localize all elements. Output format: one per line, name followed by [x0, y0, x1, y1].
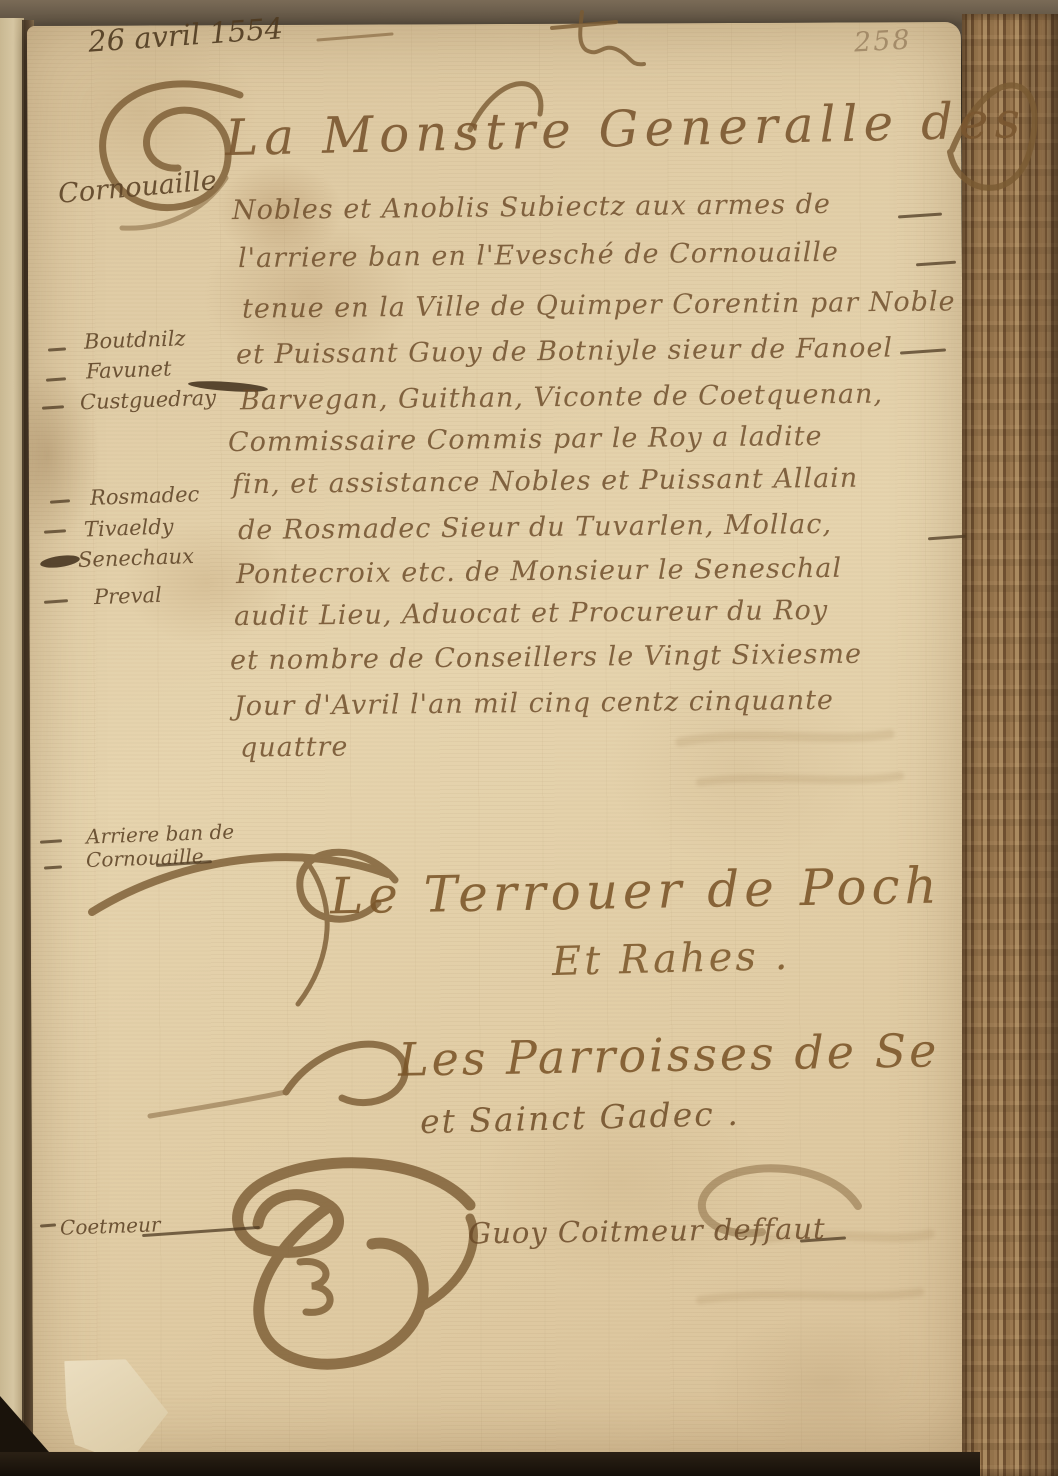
body-line: Nobles et Anoblis Subiectz aux armes de: [232, 189, 831, 226]
margin-note: Senechaux: [78, 544, 195, 572]
manuscript-photo: 26 avril 1554 258 + Cornouaille Boutdnil…: [0, 0, 1058, 1476]
section-heading-terrouer: Le Terrouer de Poch: [330, 857, 943, 926]
body-line: Commissaire Commis par le Roy a ladite: [228, 421, 823, 458]
margin-note: Favunet: [86, 357, 172, 384]
margin-note: Tivaeldy: [84, 514, 174, 541]
section-heading-parroisses: Les Parroisses de Se: [398, 1023, 940, 1086]
folio-number: 258: [853, 25, 912, 59]
muster-entry-line: Guoy Coitmeur deffaut: [468, 1212, 826, 1251]
margin-note: Boutdnilz: [84, 326, 186, 354]
fore-edge-shading: [962, 14, 1058, 1476]
book-fore-edge: [962, 14, 1058, 1476]
margin-note: Rosmadec: [90, 482, 200, 510]
body-line: l'arriere ban en l'Evesché de Cornouaill…: [238, 237, 839, 274]
body-line: fin, et assistance Nobles et Puissant Al…: [232, 463, 859, 501]
margin-note: Custguedray: [80, 386, 217, 415]
body-line: et nombre de Conseillers le Vingt Sixies…: [230, 639, 862, 677]
previous-page-edge: [0, 18, 24, 1476]
body-line: Pontecroix etc. de Monsieur le Seneschal: [236, 553, 842, 590]
body-line: audit Lieu, Aduocat et Procureur du Roy: [234, 595, 828, 632]
section-heading-parroisses-2: et Sainct Gadec .: [420, 1094, 741, 1141]
body-line: de Rosmadec Sieur du Tuvarlen, Mollac,: [238, 509, 832, 546]
section-heading-terrouer-2: Et Rahes .: [551, 933, 790, 985]
body-line: Jour d'Avril l'an mil cinq centz cinquan…: [234, 685, 834, 722]
body-line: quattre: [240, 731, 349, 763]
margin-note: Preval: [94, 583, 162, 609]
margin-note: Cornouaille: [86, 844, 204, 872]
desk-background-bottom: [0, 1452, 980, 1476]
